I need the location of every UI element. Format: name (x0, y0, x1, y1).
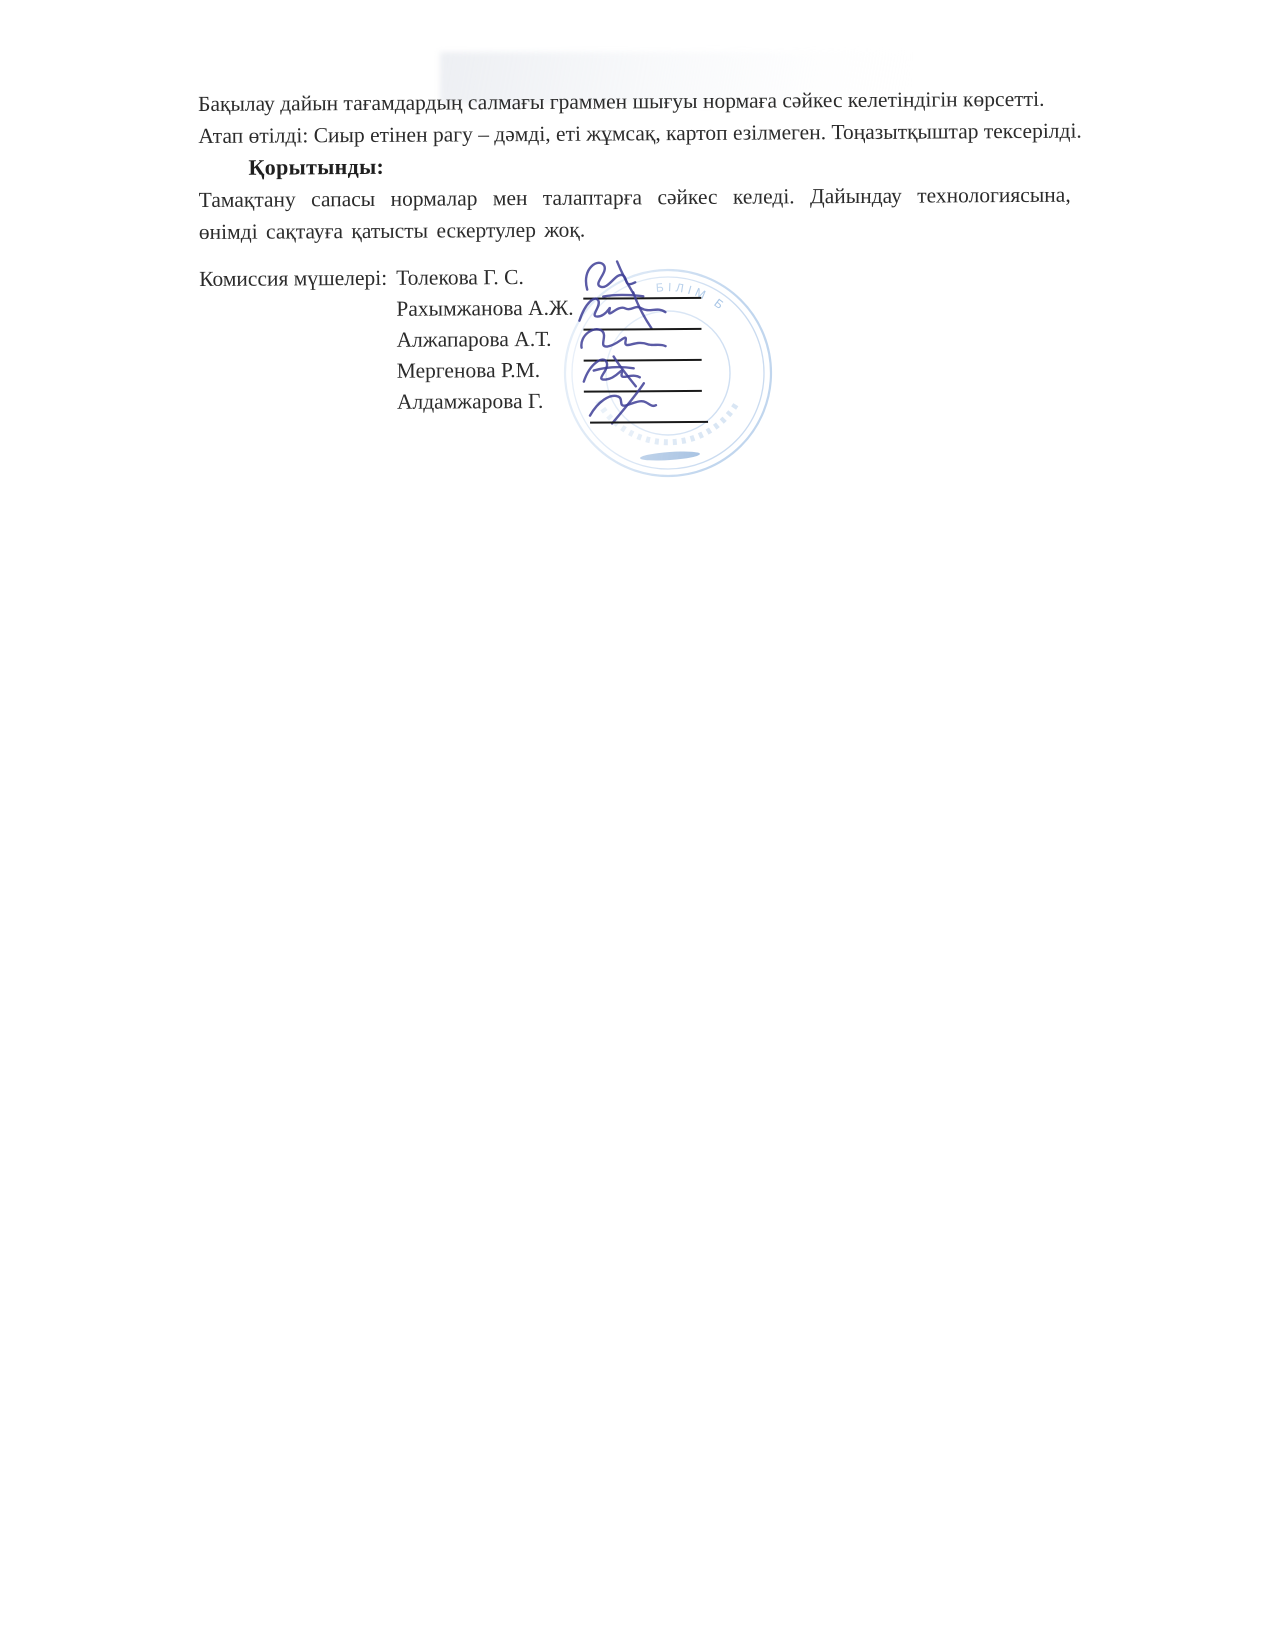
commission-member-row: Мергенова Р.М. (397, 352, 1082, 387)
conclusion-heading: Қорытынды: (198, 147, 1080, 184)
control-result-line: Бақылау дайын тағамдардың салмағы грамме… (198, 83, 1080, 120)
member-name: Алдамжарова Г. (397, 386, 544, 418)
signature-slot (590, 377, 708, 424)
conclusion-paragraph: Тамақтану сапасы нормалар мен талаптарға… (199, 179, 1071, 248)
member-name: Алжапарова А.Т. (396, 324, 551, 356)
member-name: Толекова Г. С. (396, 262, 524, 294)
commission-label: Комиссия мүшелері: (199, 263, 396, 295)
commission-member-row: Толекова Г. С. (396, 259, 1081, 294)
commission-block: Комиссия мүшелері: Толекова Г. С. Рахымж… (199, 259, 1082, 419)
commission-member-row: Рахымжанова А.Ж. (396, 290, 1081, 325)
noted-details-line: Атап өтілді: Сиыр етінен рагу – дәмді, е… (198, 115, 1080, 152)
member-name: Рахымжанова А.Ж. (396, 293, 573, 325)
commission-member-row: Алдамжарова Г. (397, 383, 1082, 418)
commission-members-list: Толекова Г. С. Рахымжанова А.Ж. (396, 259, 1082, 418)
member-name: Мергенова Р.М. (397, 355, 541, 387)
commission-member-row: Алжапарова А.Т. (396, 321, 1081, 356)
document-content: Бақылау дайын тағамдардың салмағы грамме… (198, 83, 1082, 419)
stamp-smear (640, 450, 700, 462)
